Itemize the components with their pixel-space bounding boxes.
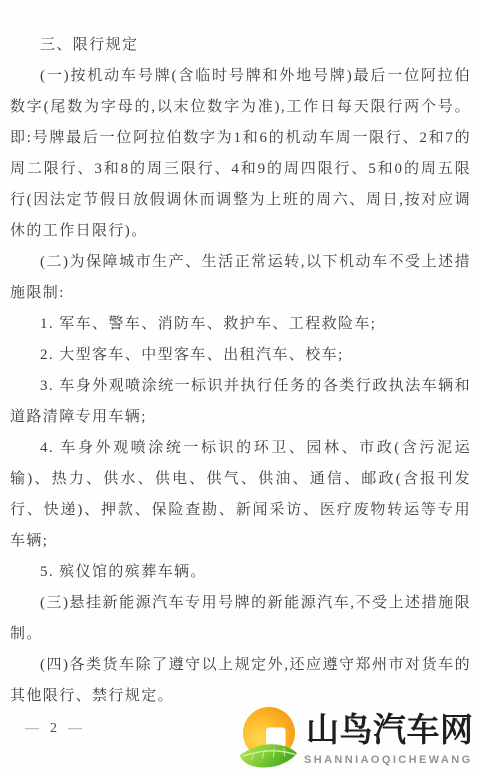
brand-name-cn: 山鸟汽车网 bbox=[306, 713, 474, 749]
page-number: — 2 — bbox=[25, 721, 82, 737]
page-number-value: 2 bbox=[50, 721, 57, 737]
sun-leaf-icon bbox=[236, 706, 300, 774]
clause-2-exemption-intro: (二)为保障城市生产、生活正常运转,以下机动车不受上述措施限制: bbox=[10, 247, 471, 309]
brand-name-en: SHANNIAOQICHEWANG bbox=[304, 754, 473, 766]
watermark-logo: 山鸟汽车网 SHANNIAOQICHEWANG bbox=[236, 706, 478, 775]
exempt-item-5: 5. 殡仪馆的殡葬车辆。 bbox=[10, 557, 471, 588]
exempt-item-4: 4. 车身外观喷涂统一标识的环卫、园林、市政(含污泥运输)、热力、供水、供电、供… bbox=[10, 433, 471, 557]
document-body: 三、限行规定 (一)按机动车号牌(含临时号牌和外地号牌)最后一位阿拉伯数字(尾数… bbox=[10, 30, 471, 712]
clause-3-new-energy: (三)悬挂新能源汽车专用号牌的新能源汽车,不受上述措施限制。 bbox=[10, 588, 471, 650]
section-heading: 三、限行规定 bbox=[10, 30, 471, 61]
clause-1-plate-number-rule: (一)按机动车号牌(含临时号牌和外地号牌)最后一位阿拉伯数字(尾数为字母的,以末… bbox=[10, 61, 471, 247]
sun-window bbox=[266, 728, 286, 748]
document-page: 三、限行规定 (一)按机动车号牌(含临时号牌和外地号牌)最后一位阿拉伯数字(尾数… bbox=[0, 0, 480, 775]
exempt-item-3: 3. 车身外观喷涂统一标识并执行任务的各类行政执法车辆和道路清障专用车辆; bbox=[10, 371, 471, 433]
exempt-item-1: 1. 军车、警车、消防车、救护车、工程救险车; bbox=[10, 309, 471, 340]
page-number-dash-right: — bbox=[68, 721, 82, 737]
clause-4-trucks: (四)各类货车除了遵守以上规定外,还应遵守郑州市对货车的其他限行、禁行规定。 bbox=[10, 650, 471, 712]
exempt-item-2: 2. 大型客车、中型客车、出租汽车、校车; bbox=[10, 340, 471, 371]
page-number-dash-left: — bbox=[25, 721, 39, 737]
